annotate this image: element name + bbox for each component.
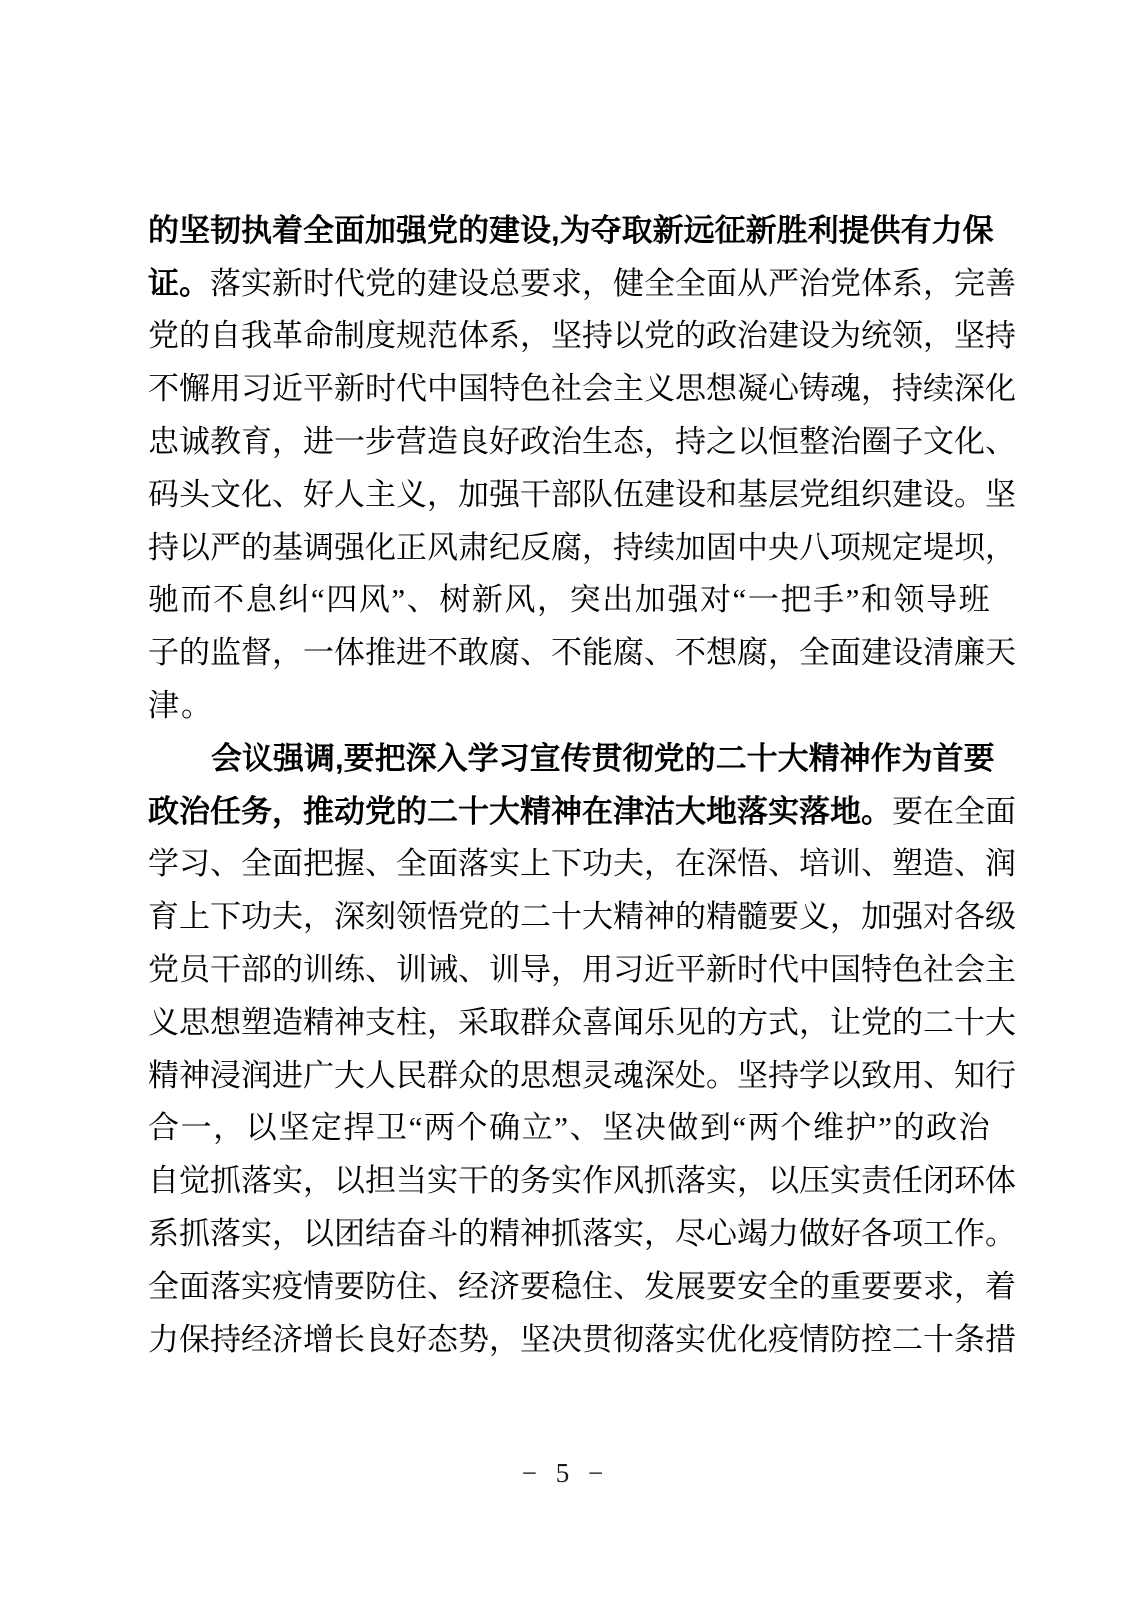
text-line-p2-5: 党员干部的训练、训诫、训导，用习近平新时代中国特色社会主 [148, 943, 990, 996]
text-line-p1-9: 子的监督，一体推进不敢腐、不能腐、不想腐，全面建设清廉天 [148, 626, 990, 679]
text-line-p1-5: 忠诚教育，进一步营造良好政治生态，持之以恒整治圈子文化、 [148, 415, 990, 468]
text-line-p2-10: 系抓落实，以团结奋斗的精神抓落实，尽心竭力做好各项工作。 [148, 1207, 990, 1260]
text-line-p2-4: 育上下功夫，深刻领悟党的二十大精神的精髓要义，加强对各级 [148, 890, 990, 943]
page-number: − 5 − [0, 1458, 1131, 1489]
text-line-p2-1: 会议强调,要把深入学习宣传贯彻党的二十大精神作为首要 [148, 732, 990, 785]
text-line-p1-10: 津。 [148, 679, 990, 732]
text-line-p2-8: 合一，以坚定捍卫“两个确立”、坚决做到“两个维护”的政治 [148, 1102, 990, 1155]
text-line-p1-6: 码头文化、好人主义，加强干部队伍建设和基层党组织建设。坚 [148, 468, 990, 521]
text-line-p2-3: 学习、全面把握、全面落实上下功夫，在深悟、培训、塑造、润 [148, 838, 990, 891]
text-line-p1-8: 驰而不息纠“四风”、树新风，突出加强对“一把手”和领导班 [148, 574, 990, 627]
text-line-p2-9: 自觉抓落实，以担当实干的务实作风抓落实，以压实责任闭环体 [148, 1154, 990, 1207]
text-line-p1-3: 党的自我革命制度规范体系，坚持以党的政治建设为统领，坚持 [148, 310, 990, 363]
text-line-p1-7: 持以严的基调强化正风肃纪反腐，持续加固中央八项规定堤坝， [148, 521, 990, 574]
text-line-p1-1: 的坚韧执着全面加强党的建设,为夺取新远征新胜利提供有力保 [148, 204, 990, 257]
text-block: 的坚韧执着全面加强党的建设,为夺取新远征新胜利提供有力保证。落实新时代党的建设总… [148, 204, 990, 1366]
text-line-p1-4: 不懈用习近平新时代中国特色社会主义思想凝心铸魂，持续深化 [148, 362, 990, 415]
text-line-p2-12: 力保持经济增长良好态势，坚决贯彻落实优化疫情防控二十条措 [148, 1313, 990, 1366]
document-page: 的坚韧执着全面加强党的建设,为夺取新远征新胜利提供有力保证。落实新时代党的建设总… [0, 0, 1131, 1600]
text-line-p2-2: 政治任务，推动党的二十大精神在津沽大地落实落地。要在全面 [148, 785, 990, 838]
text-line-p2-7: 精神浸润进广大人民群众的思想灵魂深处。坚持学以致用、知行 [148, 1049, 990, 1102]
text-line-p2-6: 义思想塑造精神支柱，采取群众喜闻乐见的方式，让党的二十大 [148, 996, 990, 1049]
text-line-p1-2: 证。落实新时代党的建设总要求，健全全面从严治党体系，完善 [148, 257, 990, 310]
text-line-p2-11: 全面落实疫情要防住、经济要稳住、发展要安全的重要要求，着 [148, 1260, 990, 1313]
